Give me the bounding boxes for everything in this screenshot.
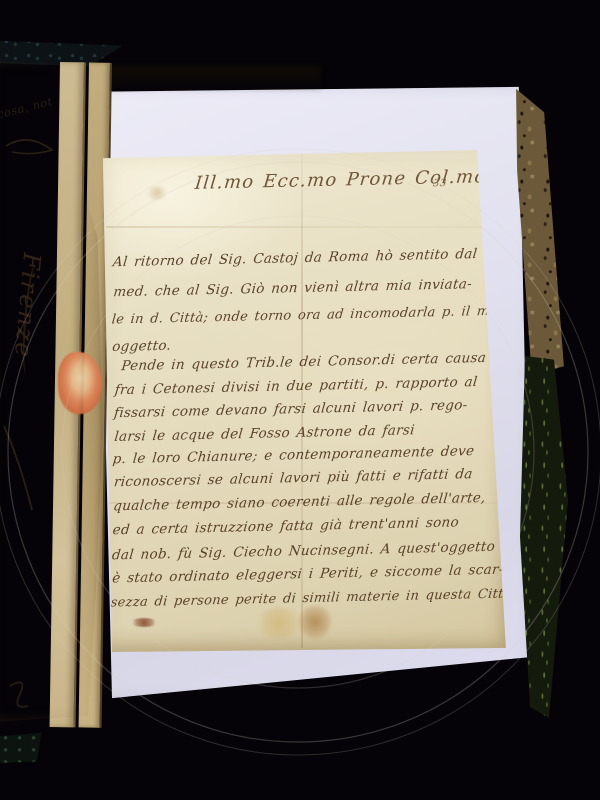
letter-line: med. che al Sig. Giò non vienì altra mia… (113, 276, 473, 300)
letter-line: riconoscersi se alcuni lavori più fatti … (113, 466, 473, 490)
letter-line: Al ritorno del Sig. Castoj da Roma hò se… (112, 246, 478, 270)
letter-line: fra i Cetonesi divisi in due partiti, p.… (114, 374, 478, 398)
letter-line: ed a certa istruzzione fatta già trent'a… (112, 514, 460, 538)
letter-line: è stato ordinato eleggersi i Periti, e s… (112, 562, 505, 587)
handwritten-letter-page: Ill.mo Ecc.mo Prone Col.mo 33 Al ritorno… (98, 146, 510, 654)
letter-line: larsi le acque del Fosso Astrone da fars… (114, 422, 416, 445)
marbled-cover-edge (519, 356, 569, 718)
letter-line: dal nob. fù Sig. Ciecho Nucinsegni. A qu… (111, 539, 496, 564)
book-gutter-shadow (96, 66, 321, 92)
letter-line: oggetto. (111, 338, 171, 355)
letter-body-script: Ill.mo Ecc.mo Prone Col.mo 33 Al ritorno… (95, 143, 514, 657)
marbled-cover-corner-bottom-left (0, 733, 46, 763)
folio-number: 33 (432, 178, 446, 189)
photograph-of-archival-letter: cosa, not Firenze Ill.mo Ecc.mo Prone Co… (0, 0, 600, 800)
letter-line: sezza di persone perite di simili materi… (110, 586, 513, 610)
letter-line: qualche tempo siano coerenti alle regole… (113, 490, 487, 514)
letter-line: Pende in questo Trib.le dei Consor.di ce… (121, 350, 487, 374)
letter-line: fissarsi come devano farsi alcuni lavori… (113, 397, 468, 421)
letter-line: le in d. Città; onde torno ora ad incomo… (111, 303, 511, 327)
wax-seal-remnant (58, 352, 102, 414)
letter-line: p. le loro Chianure; e contemporaneament… (112, 443, 475, 467)
